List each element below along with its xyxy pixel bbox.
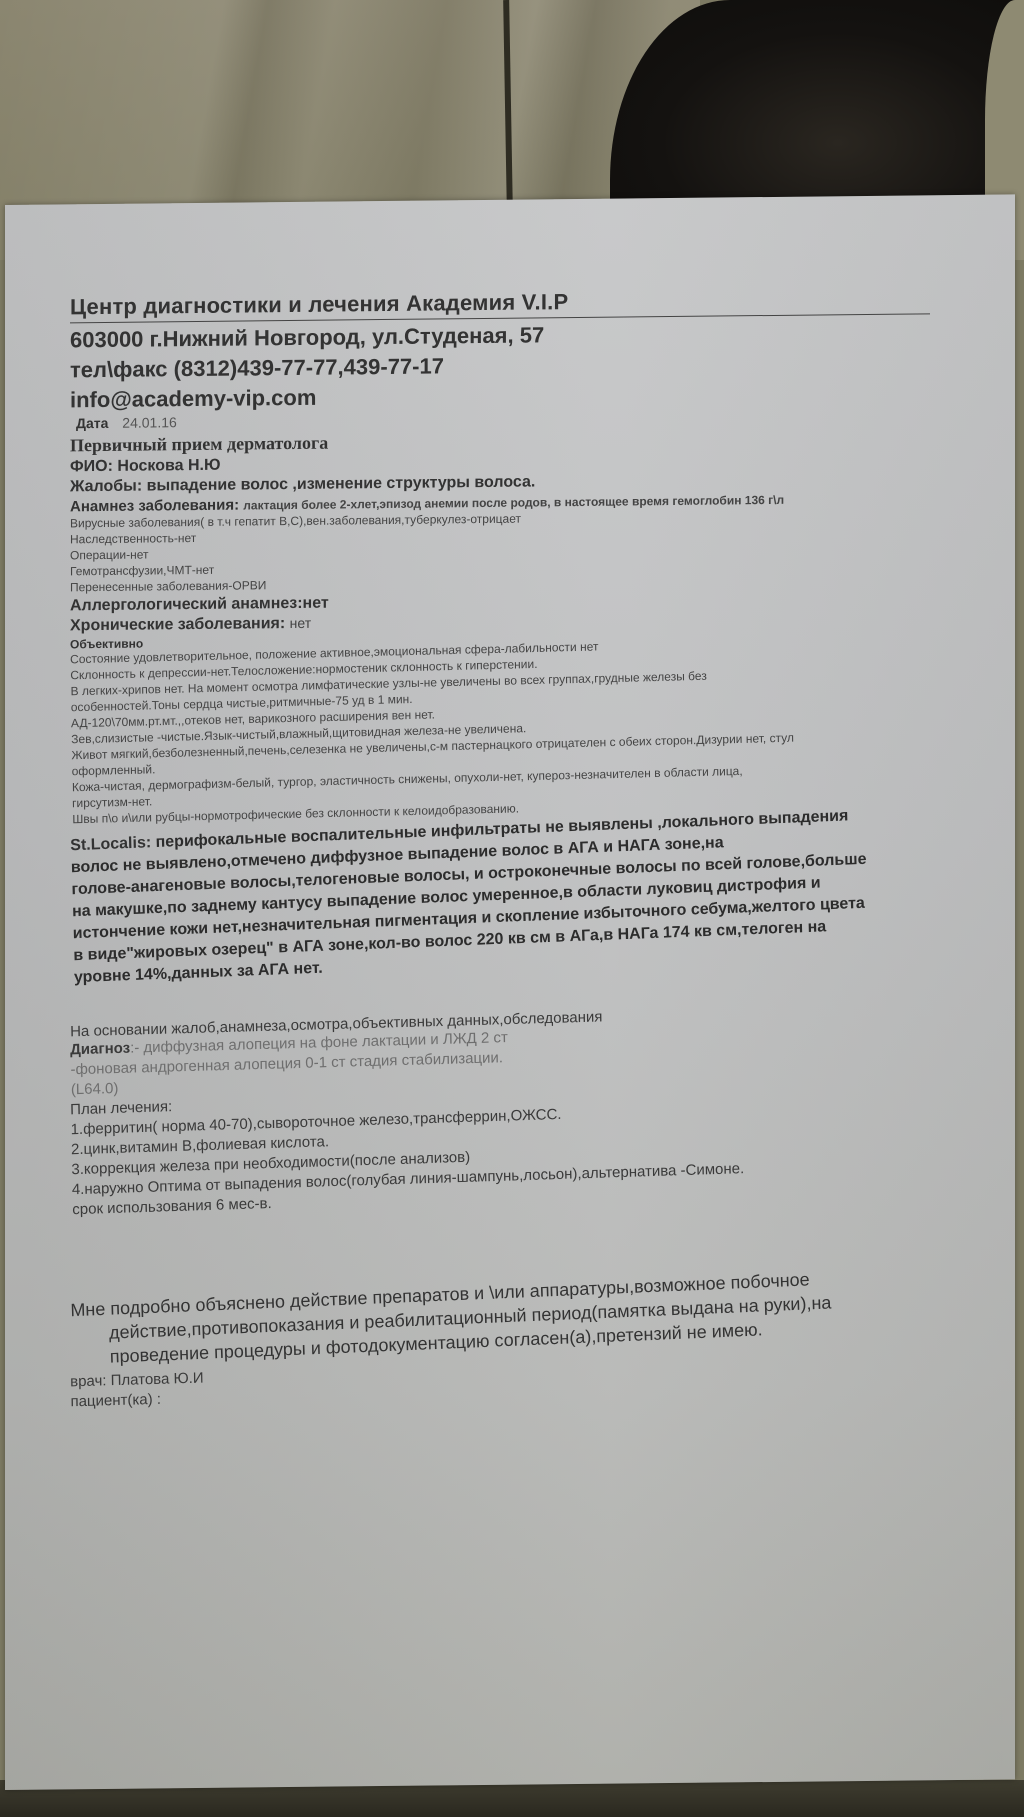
clinic-address: 603000 г.Нижний Новгород, ул.Студеная, 5… (70, 318, 955, 353)
st-localis-label: St.Localis: (70, 834, 151, 854)
complaints-value: выпадение волос ,изменение структуры вол… (147, 473, 536, 494)
clinic-name: Центр диагностики и лечения Академия V.I… (70, 285, 930, 323)
chronic-value: нет (290, 615, 311, 631)
chronic-label: Хронические заболевания: (70, 615, 285, 634)
anamnesis-label: Анамнез заболевания: (70, 497, 239, 516)
date-value: 24.01.16 (122, 414, 177, 431)
medical-document: Центр диагностики и лечения Академия V.I… (5, 194, 1015, 1790)
st-localis-section: St.Localis: перифокальные воспалительные… (70, 802, 944, 989)
clinic-phone: тел\факс (8312)439-77-77,439-77-17 (70, 348, 955, 383)
patient-label: ФИО: (70, 458, 113, 475)
diagnosis-label: Диагноз (70, 1040, 130, 1059)
patient-name: Носкова Н.Ю (117, 457, 220, 475)
objective-list: Состояние удовлетворительное, положение … (70, 630, 957, 828)
history-list: Вирусные заболевания( в т.ч гепатит В,С)… (70, 506, 955, 595)
complaints-label: Жалобы: (70, 478, 142, 496)
date-label: Дата (76, 415, 108, 431)
document-content: Центр диагностики и лечения Академия V.I… (70, 285, 955, 1412)
